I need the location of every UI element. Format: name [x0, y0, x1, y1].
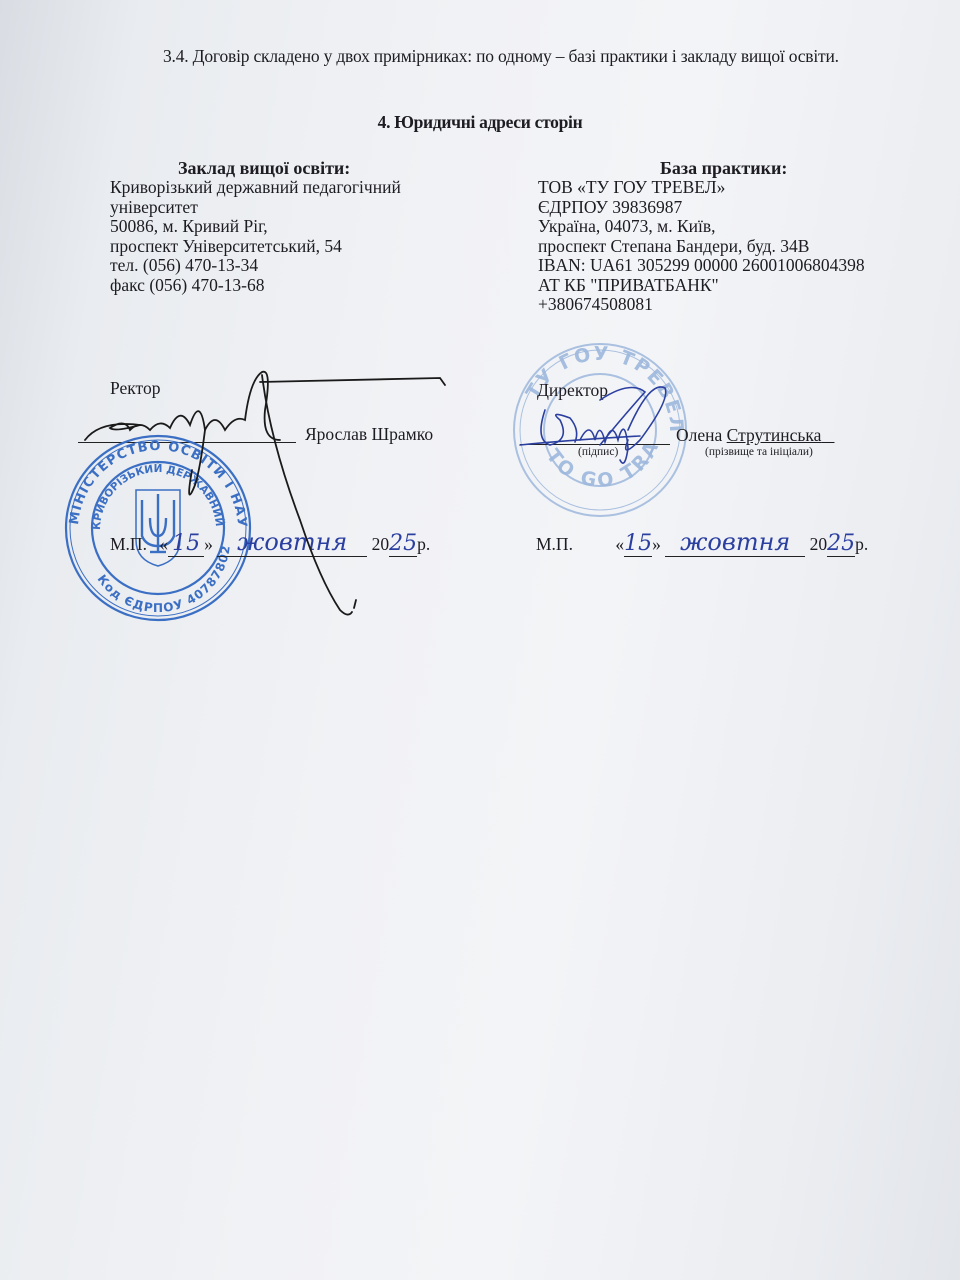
director-signature: [0, 0, 960, 1280]
